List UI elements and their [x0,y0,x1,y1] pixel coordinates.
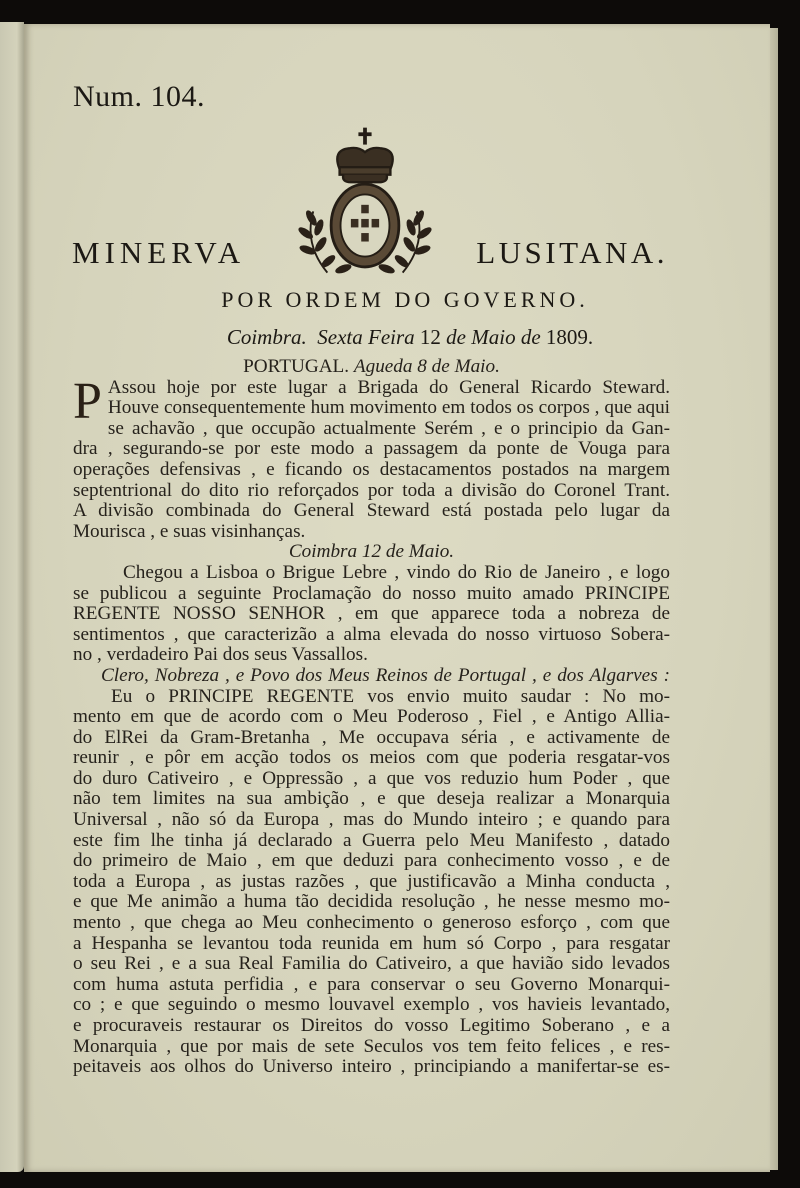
text-line: a Hespanha se levantou toda reunida em h… [73,934,670,955]
masthead-subtitle: POR ORDEM DO GOVERNO. [0,287,800,313]
article2-heading-text: Coimbra 12 de Maio. [289,541,454,562]
article2-heading: Coimbra 12 de Maio. [73,542,670,563]
proclamation-address-text: Clero, Nobreza , e Povo dos Meus Reinos … [101,665,670,686]
text-line: Eu o PRINCIPE REGENTE vos envio muito sa… [73,687,670,708]
text-line: com huma astuta perfidia , e para conser… [73,975,670,996]
text-line: dra , segurando-se por este modo a passa… [73,439,670,460]
text-line: do primeiro de Maio , em que deduzi para… [73,851,670,872]
article1-heading-place: PORTUGAL. [243,356,349,377]
proclamation-address: Clero, Nobreza , e Povo dos Meus Reinos … [73,666,670,687]
text-line: toda a Europa , as justas razões , que j… [73,872,670,893]
text-line: do ElRei da Gram-Bretanha , Me occupava … [73,728,670,749]
text-line: se publicou a seguinte Proclamação do no… [73,584,670,605]
dateline-month: de Maio de [446,325,540,349]
text-line: Houve consequentemente hum movimento em … [73,398,670,419]
text-line: Chegou a Lisboa o Brigue Lebre , vindo d… [73,563,670,584]
masthead: MINERVA LUSITANA. [72,235,668,285]
text-line: sentimentos , que caracterizão a alma el… [73,625,670,646]
page-stack-edge [770,28,778,1170]
text-line: mento em que de acordo com o Meu Poderos… [73,707,670,728]
issue-dateline: Coimbra. Sexta Feira 12 de Maio de 1809. [0,325,800,350]
text-line: operações defensivas , e ficando os dest… [73,460,670,481]
text-line: REGENTE NOSSO SENHOR , em que apparece t… [73,604,670,625]
text-line: e que Me animão a huma tão decidida reso… [73,892,670,913]
text-line: e procuraveis restaurar os Direitos do v… [73,1016,670,1037]
facing-page-edge [0,22,24,1172]
text-line: peitaveis aos olhos do Universo inteiro … [73,1057,670,1078]
dateline-weekday: Sexta Feira [317,325,414,349]
drop-cap: P [73,380,102,424]
text-line: Assou hoje por este lugar a Brigada do G… [73,378,670,399]
issue-number: Num. 104. [73,80,205,114]
article1-heading: PORTUGAL. Agueda 8 de Maio. [73,357,670,378]
article-body: PORTUGAL. Agueda 8 de Maio. P Assou hoje… [73,357,670,1078]
dateline-day: 12 [420,325,441,349]
text-line: Monarquia , que por mais de sete Seculos… [73,1037,670,1058]
dateline-place: Coimbra. [227,325,307,349]
dateline-year: 1809. [546,325,593,349]
masthead-title-left: MINERVA [72,235,245,271]
text-line: o seu Rei , e a sua Real Familia do Cati… [73,954,670,975]
text-line: co ; e que seguindo o mesmo louvavel exe… [73,995,670,1016]
text-line: A divisão combinada do General Steward e… [73,501,670,522]
text-line: septentrional do dito rio reforçados por… [73,481,670,502]
article1-heading-date: Agueda 8 de Maio. [354,356,500,377]
text-line: Universal , não só da Europa , mas do Mu… [73,810,670,831]
text-line: no , verdadeiro Pai dos seus Vassallos. [73,645,670,666]
text-line: não tem limites na sua ambição , e que d… [73,789,670,810]
text-line: mento , que chega ao Meu conhecimento o … [73,913,670,934]
text-line: se achavão , que occupão actualmente Ser… [73,419,670,440]
text-line: do duro Cativeiro , e Oppressão , a que … [73,769,670,790]
masthead-title-right: LUSITANA. [476,235,668,271]
text-line: reunir , e pôr em acção todos os meios c… [73,748,670,769]
text-line: este fim lhe tinha já declarado a Guerra… [73,831,670,852]
text-line: Mourisca , e suas visinhanças. [73,522,670,543]
